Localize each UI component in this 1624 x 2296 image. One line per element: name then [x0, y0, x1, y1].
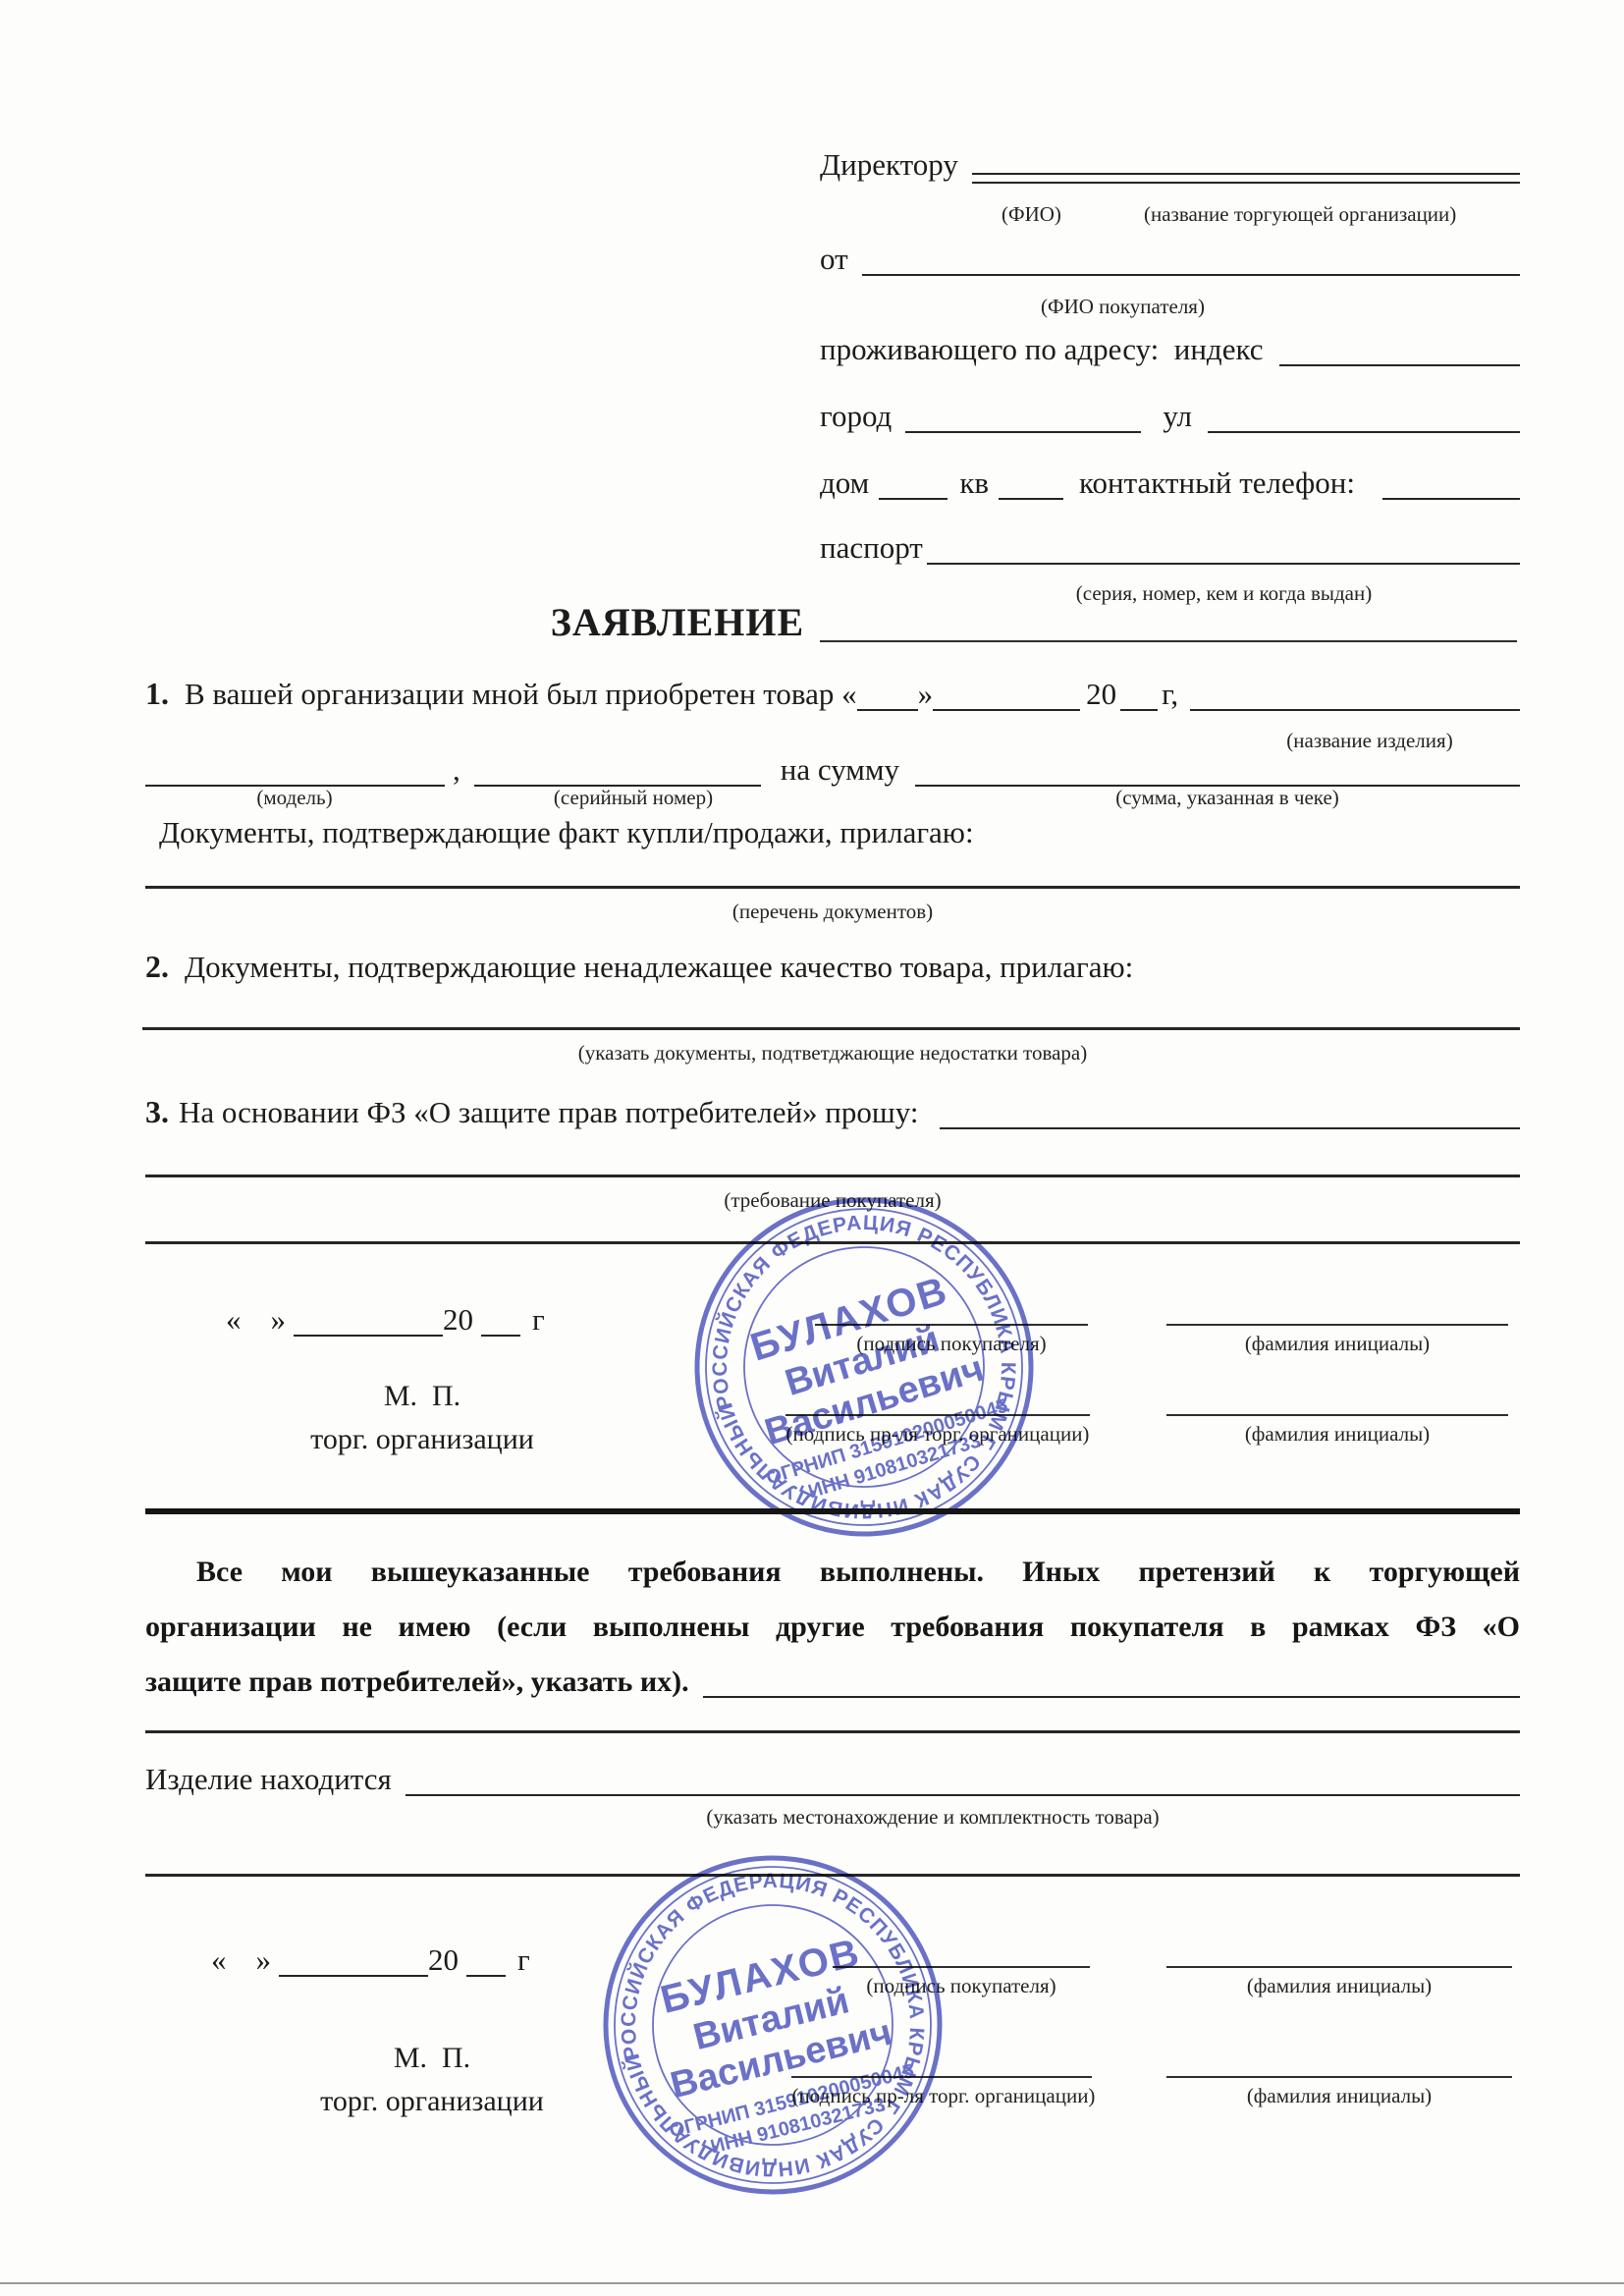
- address-label: проживающего по адресу: индекс: [820, 332, 1264, 367]
- closing-blank-line: [703, 1696, 1520, 1698]
- street-blank-line: [1208, 431, 1520, 433]
- scan-edge-line: [0, 2282, 1624, 2284]
- org-name-caption-2: (фамилия инициалы): [1166, 2084, 1512, 2108]
- day-blank-line: [857, 709, 918, 711]
- passport-label: паспорт: [820, 530, 923, 566]
- passport-blank-line: [927, 563, 1520, 565]
- round-stamp: РОССИЙСКАЯ ФЕДЕРАЦИЯ РЕСПУБЛИКА КРЫМ Г. …: [535, 1787, 1011, 2264]
- item1-number: 1.: [145, 676, 169, 712]
- from-label: от: [820, 242, 848, 277]
- org-caption: (название торгующей организации): [1144, 202, 1456, 227]
- closing-line-3: защите прав потребителей», указать их).: [145, 1666, 1520, 1699]
- header-from-row: от: [820, 242, 1520, 277]
- header-address-row: проживающего по адресу: индекс: [820, 332, 1520, 367]
- mp-label: М. П.: [295, 2037, 569, 2080]
- buyer-name-line-2: [1166, 1966, 1512, 1968]
- stamp-graphic: РОССИЙСКАЯ ФЕДЕРАЦИЯ РЕСПУБЛИКА КРЫМ Г. …: [535, 1787, 1011, 2264]
- year-prefix: 20: [428, 1942, 459, 1978]
- year-suffix: г: [532, 1302, 545, 1338]
- director-label: Директору: [820, 147, 958, 183]
- year-blank-line: [466, 1975, 506, 1977]
- month-blank-line: [933, 709, 1080, 711]
- year-blank-line: [481, 1335, 520, 1337]
- docs-blank-line: [145, 886, 1520, 889]
- house-label: дом: [820, 465, 869, 501]
- buyer-name-line-1: [1166, 1324, 1508, 1326]
- serial-caption: (серийный номер): [461, 786, 805, 810]
- item1-line1: 1. В вашей организации мной был приобрет…: [145, 676, 1520, 712]
- street-label: ул: [1163, 399, 1192, 434]
- header-passport-row: паспорт: [820, 530, 1520, 566]
- header-director-row: Директору: [820, 147, 1520, 183]
- item3-line: 3. На основании ФЗ «О защите прав потреб…: [145, 1094, 1520, 1130]
- item1-intro: В вашей организации мной был приобретен …: [185, 677, 841, 712]
- quote-open: «: [226, 1302, 242, 1338]
- org-name-line-1: [1166, 1414, 1508, 1416]
- closing-blank-line2: [145, 1730, 1520, 1733]
- year-suffix: г: [517, 1942, 530, 1978]
- mp-block-1: М. П. торг. организации: [285, 1375, 560, 1461]
- date-line-1: « » 20 г: [226, 1302, 579, 1338]
- sum-caption: (сумма, указанная в чеке): [962, 786, 1492, 810]
- mp-block-2: М. П. торг. организации: [295, 2037, 569, 2123]
- item3-number: 3.: [145, 1094, 169, 1130]
- request-blank-line: [940, 1127, 1520, 1129]
- header-city-row: город ул: [820, 399, 1520, 434]
- closing-line-1: Все мои вышеуказанные требования выполне…: [145, 1556, 1520, 1589]
- location-label: Изделие находится: [145, 1762, 392, 1797]
- from-blank-line: [862, 274, 1520, 276]
- city-blank-line: [905, 431, 1141, 433]
- scanned-claim-form: Директору (ФИО) (название торгующей орга…: [0, 0, 1624, 2296]
- item2-caption: (указать документы, подтветджающие недос…: [145, 1041, 1520, 1066]
- quote-open: «: [211, 1942, 227, 1978]
- year-prefix: 20: [1086, 677, 1116, 712]
- location-row: Изделие находится: [145, 1762, 1520, 1797]
- org-name-caption-1: (фамилия инициалы): [1166, 1422, 1508, 1447]
- year-suffix: г,: [1162, 677, 1178, 712]
- comma: ,: [453, 752, 460, 788]
- page-title: ЗАЯВЛЕНИЕ: [0, 599, 1355, 645]
- quote-open: «: [841, 677, 857, 712]
- index-blank-line: [1279, 364, 1520, 366]
- date-blank-line: [279, 1975, 428, 1977]
- year-blank-line: [1120, 709, 1158, 711]
- location-blank-line: [406, 1794, 1520, 1796]
- closing-line-2: организации не имею (если выполнены друг…: [145, 1611, 1520, 1644]
- product-caption: (название изделия): [1222, 729, 1517, 753]
- phone-blank-line: [1382, 498, 1520, 500]
- item1-docs-line: Документы, подтверждающие факт купли/про…: [159, 815, 974, 850]
- model-caption: (модель): [191, 786, 398, 810]
- fio-caption: (ФИО): [1001, 202, 1061, 227]
- org-name-line-2: [1166, 2076, 1512, 2078]
- date-blank-line: [294, 1335, 443, 1337]
- city-label: город: [820, 399, 892, 434]
- phone-label: контактный телефон:: [1079, 465, 1355, 501]
- mp-org-label: торг. организации: [285, 1418, 560, 1461]
- header-house-row: дом кв контактный телефон:: [820, 465, 1520, 501]
- buyer-name-caption-2: (фамилия инициалы): [1166, 1974, 1512, 1998]
- mp-org-label: торг. организации: [295, 2080, 569, 2123]
- item2-line: 2. Документы, подтверждающие ненадлежаще…: [145, 949, 1520, 985]
- buyer-name-caption-1: (фамилия инициалы): [1166, 1332, 1508, 1356]
- apt-blank-line: [999, 498, 1063, 500]
- mp-label: М. П.: [285, 1375, 560, 1418]
- year-prefix: 20: [443, 1302, 473, 1338]
- item2-number: 2.: [145, 949, 169, 985]
- apt-label: кв: [959, 465, 989, 501]
- director-blank-line: [972, 173, 1520, 184]
- item2-blank-line: [142, 1027, 1520, 1030]
- date-line-2: « » 20 г: [211, 1942, 565, 1978]
- sum-label: на сумму: [781, 752, 899, 788]
- product-blank-line: [1190, 709, 1520, 711]
- quote-close: »: [271, 1302, 287, 1338]
- item2-text: Документы, подтверждающие ненадлежащее к…: [185, 950, 1133, 985]
- quote-close: »: [918, 677, 934, 712]
- item3-text: На основании ФЗ «О защите прав потребите…: [179, 1095, 926, 1130]
- section-divider: [145, 1508, 1520, 1514]
- buyer-fio-caption: (ФИО покупателя): [1041, 295, 1205, 319]
- docs-caption: (перечень документов): [145, 900, 1520, 924]
- location-caption: (указать местонахождение и комплектность…: [344, 1805, 1522, 1830]
- quote-close: »: [256, 1942, 272, 1978]
- closing-line-3-text: защите прав потребителей», указать их).: [145, 1666, 689, 1699]
- item1-line2: , на сумму: [145, 752, 1520, 788]
- house-blank-line: [879, 498, 947, 500]
